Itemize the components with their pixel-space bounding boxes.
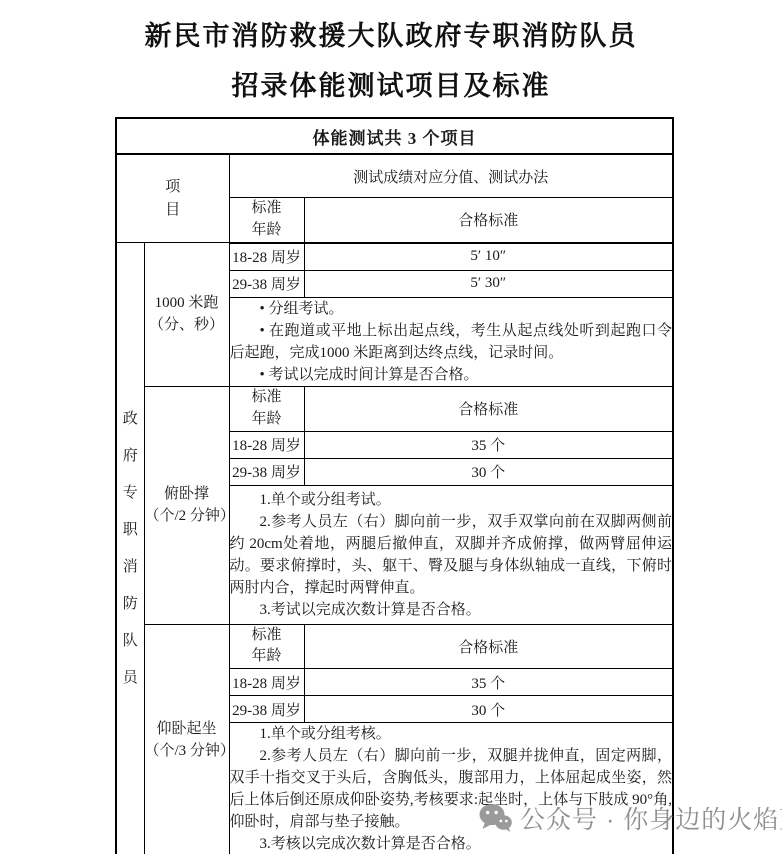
page-title-line2: 招录体能测试项目及标准 — [0, 64, 782, 103]
note-line: 1.单个或分组考试。 — [230, 489, 673, 511]
notes-run: • 分组考试。 • 在跑道或平地上标出起点线，考生从起点线处听到起跑口令后起跑，… — [229, 297, 673, 386]
category-label: 政府专职消防队员 — [122, 401, 139, 697]
page-title-line1: 新民市消防救援大队政府专职消防队员 — [0, 14, 782, 53]
watermark: 公众号 · 你身边的火焰蓝 — [479, 799, 782, 837]
header-standard-cell: 合格标准 — [304, 386, 673, 431]
item-name-run: 1000 米跑（分、秒） — [144, 243, 229, 387]
header-method-cell: 测试成绩对应分值、测试办法 — [229, 154, 673, 198]
note-line: • 分组考试。 — [230, 298, 673, 320]
note-line: 3.考试以完成次数计算是否合格。 — [230, 599, 673, 621]
table-row-caption: 体能测试共 3 个项目 — [116, 118, 673, 154]
notes-pushup: 1.单个或分组考试。 2.参考人员左（右）脚向前一步，双手双掌向前在双脚两侧前约… — [229, 485, 673, 624]
age-cell: 18-28 周岁 — [229, 669, 304, 696]
age-cell: 29-38 周岁 — [229, 696, 304, 723]
table-row-header-a: 项目 测试成绩对应分值、测试办法 — [116, 154, 673, 198]
header-age-label: 标准年龄 — [250, 625, 283, 669]
document-page: { "page": { "title_line1": "新民市消防救援大队政府专… — [0, 0, 782, 854]
note-line: • 考试以完成时间计算是否合格。 — [230, 364, 673, 386]
table-caption: 体能测试共 3 个项目 — [116, 118, 673, 154]
item-name-pushup: 俯卧撑（个/2 分钟） — [144, 386, 229, 624]
wechat-icon — [479, 803, 512, 833]
note-line: 2.参考人员左（右）脚向前一步，双手双掌向前在双脚两侧前约 20cm处着地，两腿… — [230, 511, 673, 599]
header-standard-cell: 合格标准 — [304, 624, 673, 669]
value-cell: 30 个 — [304, 696, 673, 723]
table-row: 仰卧起坐（个/3 分钟） 标准年龄 合格标准 — [116, 624, 673, 669]
table-row: 政府专职消防队员 1000 米跑（分、秒） 18-28 周岁 5′ 10″ — [116, 243, 673, 271]
item-name-situp: 仰卧起坐（个/3 分钟） — [144, 624, 229, 854]
header-age-label: 标准年龄 — [250, 198, 283, 242]
header-item-label: 项目 — [163, 176, 183, 221]
fitness-test-table: 体能测试共 3 个项目 项目 测试成绩对应分值、测试办法 标准年龄 合格标准 政… — [115, 117, 674, 854]
value-cell: 35 个 — [304, 431, 673, 458]
value-cell: 5′ 10″ — [304, 243, 673, 271]
header-age-cell: 标准年龄 — [229, 624, 304, 669]
header-standard-cell: 合格标准 — [304, 198, 673, 243]
note-line: 1.单个或分组考核。 — [230, 723, 673, 745]
age-cell: 18-28 周岁 — [229, 243, 304, 271]
note-line: • 在跑道或平地上标出起点线，考生从起点线处听到起跑口令后起跑，完成1000 米… — [230, 320, 673, 364]
header-item-cell: 项目 — [116, 154, 229, 243]
age-cell: 29-38 周岁 — [229, 458, 304, 485]
header-age-cell: 标准年龄 — [229, 198, 304, 243]
value-cell: 30 个 — [304, 458, 673, 485]
category-cell: 政府专职消防队员 — [116, 243, 144, 854]
value-cell: 35 个 — [304, 669, 673, 696]
age-cell: 18-28 周岁 — [229, 431, 304, 458]
age-cell: 29-38 周岁 — [229, 270, 304, 297]
header-age-label: 标准年龄 — [250, 387, 283, 431]
watermark-text: 公众号 · 你身边的火焰蓝 — [520, 800, 782, 836]
table-row: 俯卧撑（个/2 分钟） 标准年龄 合格标准 — [116, 386, 673, 431]
value-cell: 5′ 30″ — [304, 270, 673, 297]
header-age-cell: 标准年龄 — [229, 386, 304, 431]
